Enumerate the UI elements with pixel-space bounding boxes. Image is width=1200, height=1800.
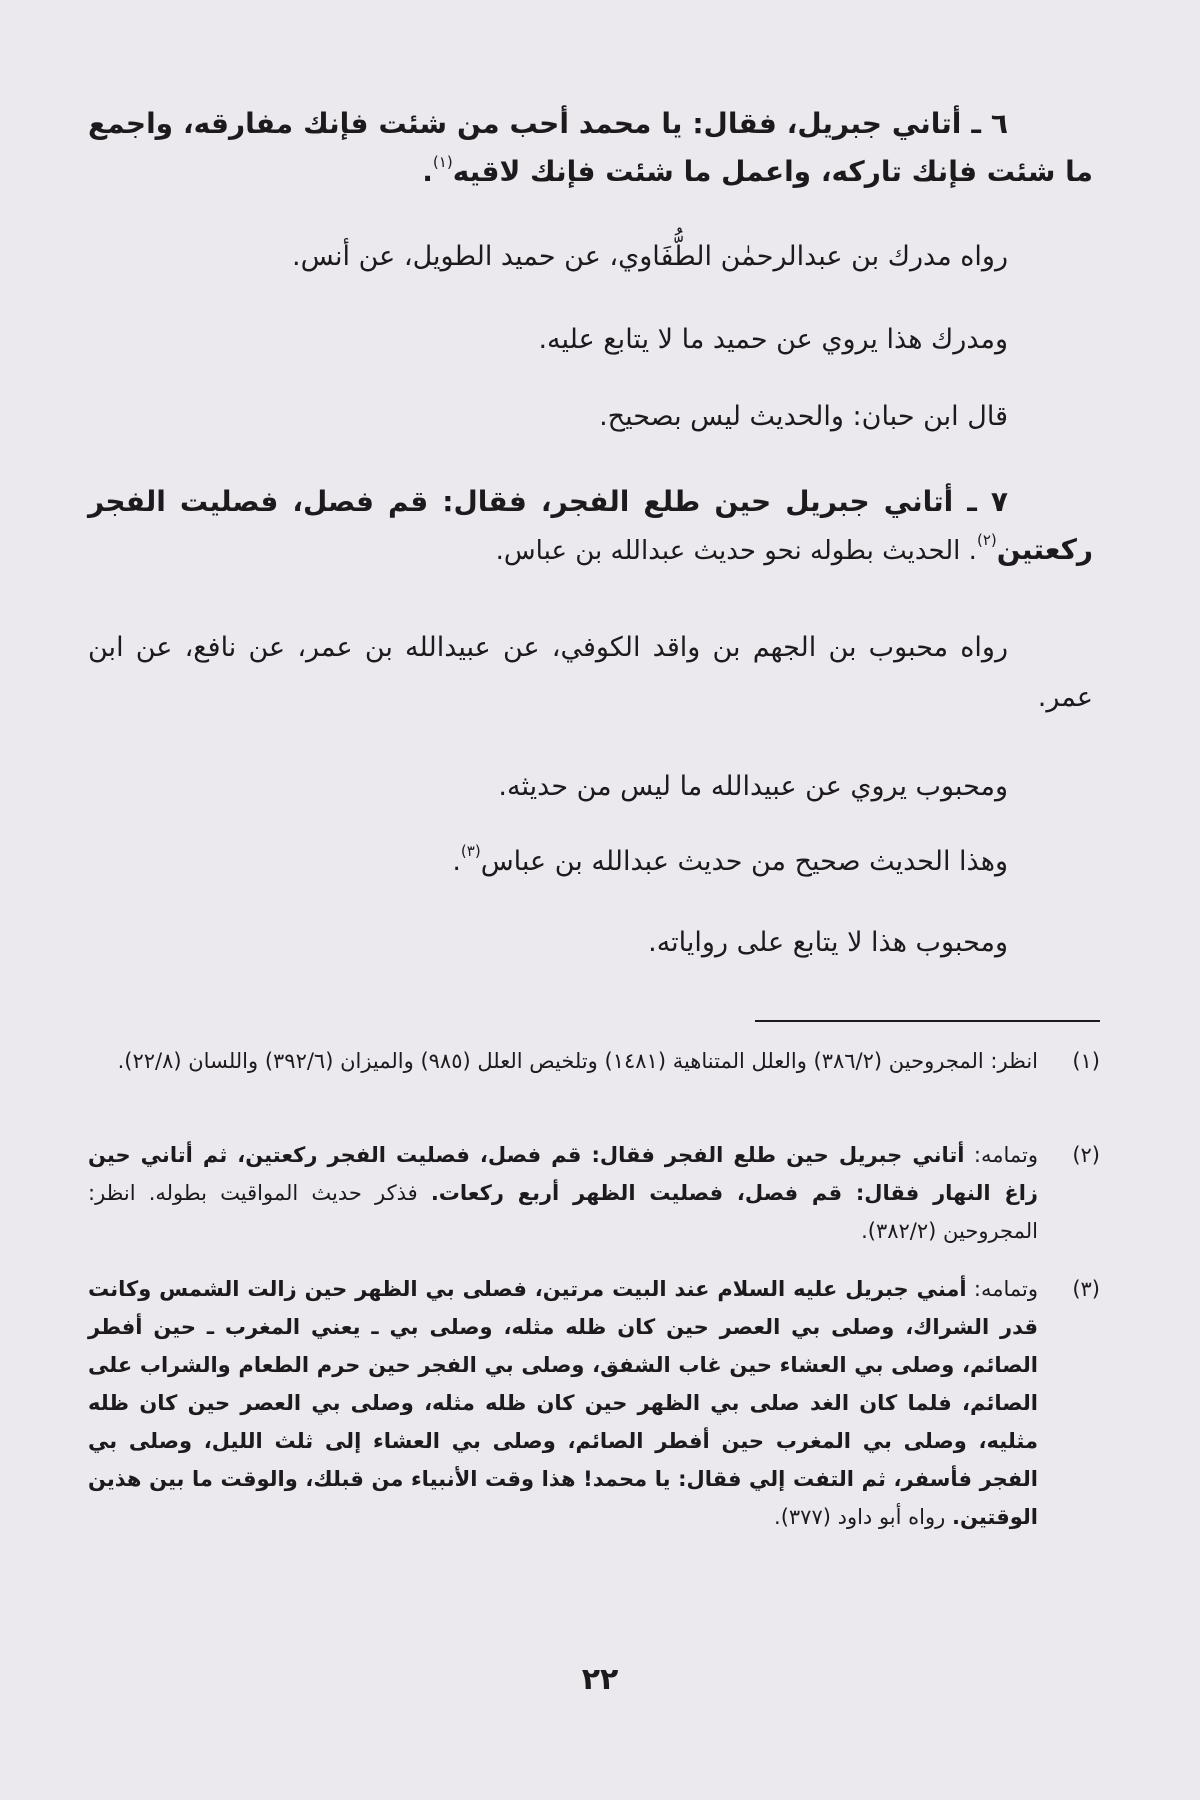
hadith-7-continuation: . الحديث بطوله نحو حديث عبدالله بن عباس. [496,536,977,566]
footnote-ref-2[interactable]: (٢) [977,531,997,549]
footnote-1-text: انظر: المجروحين (٣٨٦/٢) والعلل المتناهية… [118,1049,1038,1073]
footnote-3-lead: وتمامه: [974,1277,1038,1301]
hadith-6-text: أتاني جبريل، فقال: يا محمد أحب من شئت فإ… [88,107,1093,188]
footnote-2: (٢) وتمامه: أتاني جبريل حين طلع الفجر فق… [88,1136,1100,1250]
page-number: ٢٢ [560,1662,640,1697]
narration-paragraph-3: قال ابن حبان: والحديث ليس بصحيح. [88,392,1093,442]
period: . [452,846,461,877]
narration-paragraph-1: رواه مدرك بن عبدالرحمٰن الطُّفَاوي، عن ح… [88,232,1093,282]
narration-paragraph-2: ومدرك هذا يروي عن حميد ما لا يتابع عليه. [88,315,1093,365]
narration-paragraph-6: وهذا الحديث صحيح من حديث عبدالله بن عباس… [88,837,1093,887]
footnote-ref-3[interactable]: (٣) [461,842,481,860]
footnote-3: (٣) وتمامه: أمني جبريل عليه السلام عند ا… [88,1270,1100,1536]
hadith-7-number: ٧ ـ [967,485,1008,518]
narration-paragraph-5: ومحبوب يروي عن عبيدالله ما ليس من حديثه. [88,762,1093,812]
footnote-3-tail: رواه أبو داود (٣٧٧). [774,1505,945,1529]
footnote-ref-1[interactable]: (١) [433,153,453,171]
footnote-2-lead: وتمامه: [974,1143,1038,1167]
footnote-3-quote: أمني جبريل عليه السلام عند البيت مرتين، … [88,1277,1038,1529]
hadith-7: ٧ ـ أتاني جبريل حين طلع الفجر، فقال: قم … [88,478,1093,575]
footnote-1: (١) انظر: المجروحين (٣٨٦/٢) والعلل المتن… [88,1042,1100,1080]
footnote-3-number: (٣) [1072,1270,1100,1308]
footnote-separator [755,1020,1100,1022]
narration-paragraph-4: رواه محبوب بن الجهم بن واقد الكوفي، عن ع… [88,623,1093,723]
footnote-2-number: (٢) [1072,1136,1100,1174]
footnote-1-number: (١) [1072,1042,1100,1080]
narration-paragraph-6-text: وهذا الحديث صحيح من حديث عبدالله بن عباس [481,846,1008,877]
hadith-6: ٦ ـ أتاني جبريل، فقال: يا محمد أحب من شئ… [88,100,1093,196]
period: . [422,155,433,188]
narration-paragraph-7: ومحبوب هذا لا يتابع على رواياته. [88,918,1093,968]
hadith-6-number: ٦ ـ [971,107,1008,140]
